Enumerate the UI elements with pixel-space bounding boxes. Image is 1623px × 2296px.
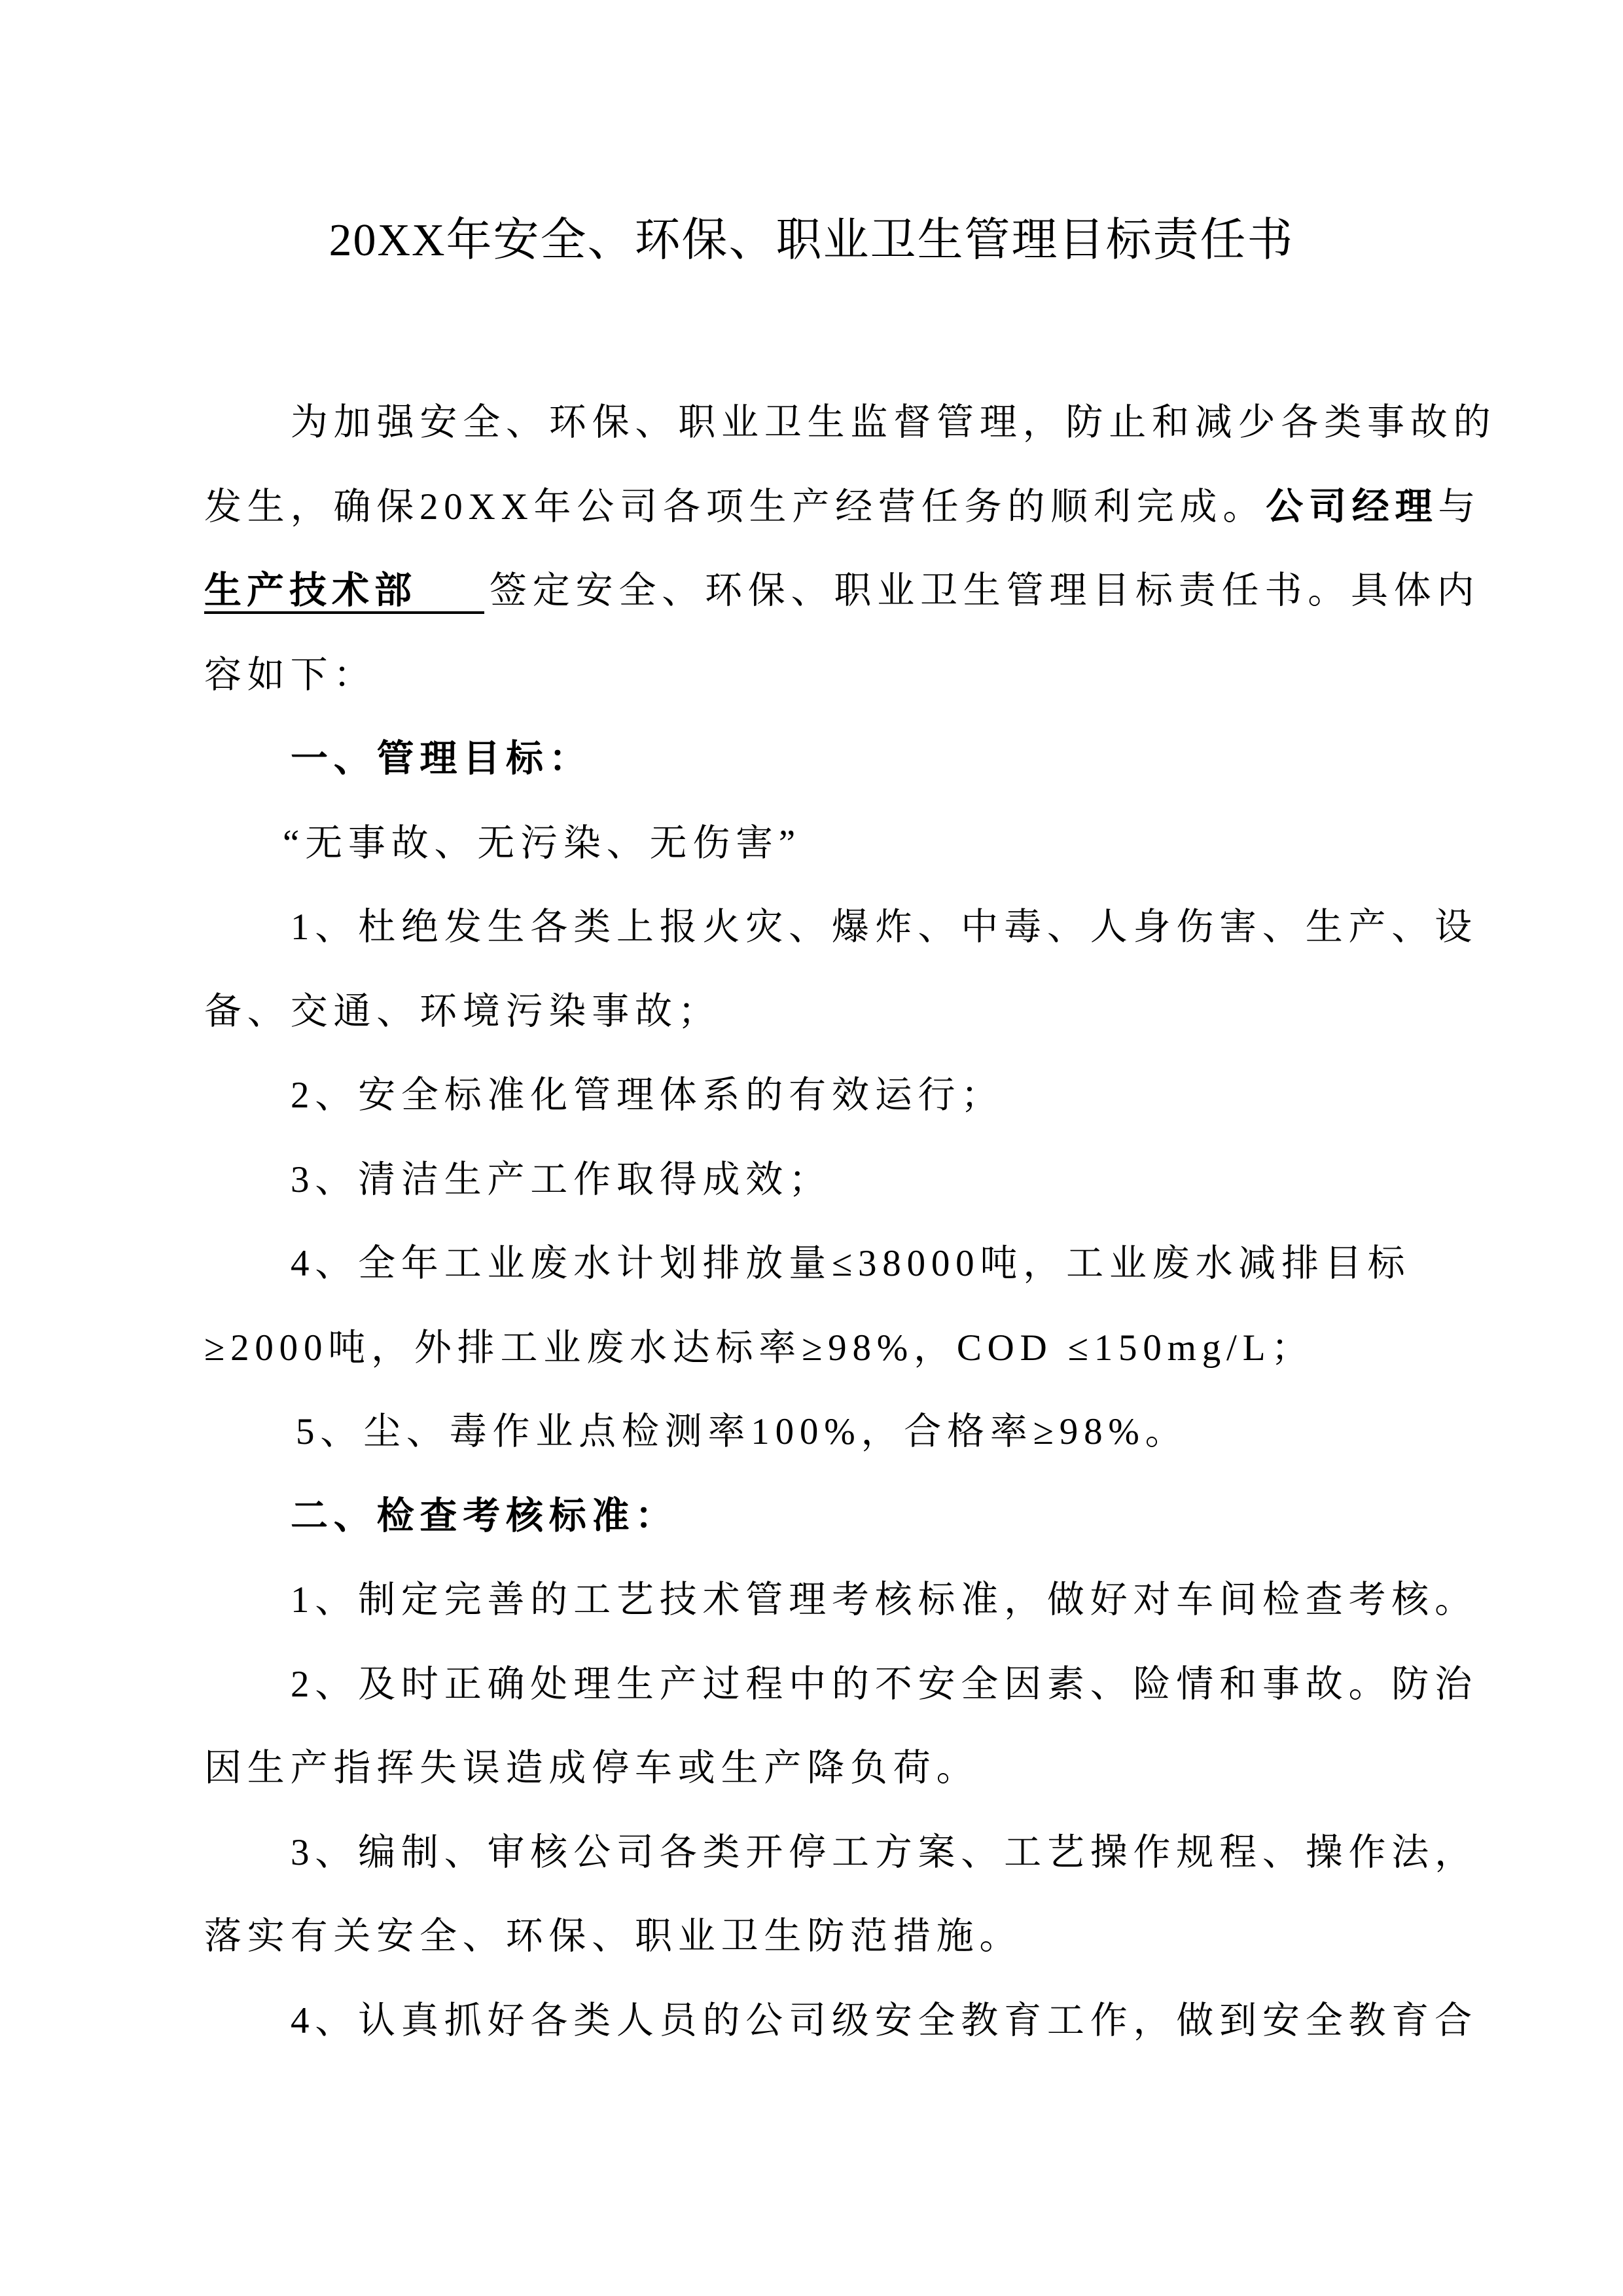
party-b-underlined: 生产技术部 [204, 571, 484, 614]
standard-item-2-line-2: 因生产指挥失误造成停车或生产降负荷。 [204, 1727, 1421, 1811]
goal-item-3: 3、清洁生产工作取得成效； [204, 1138, 1421, 1223]
standard-item-3-line-1: 3、编制、审核公司各类开停工方案、工艺操作规程、操作法， [204, 1811, 1421, 1895]
intro-line-3: 生产技术部签定安全、环保、职业卫生管理目标责任书。具体内 [204, 549, 1421, 634]
standard-item-1: 1、制定完善的工艺技术管理考核标准，做好对车间检查考核。 [204, 1558, 1421, 1643]
slogan: “无事故、无污染、无伤害” [204, 802, 1421, 886]
section-heading-1: 一、管理目标： [204, 717, 1421, 802]
goal-item-1-line-2: 备、交通、环境污染事故； [204, 970, 1421, 1054]
goal-item-4-line-1: 4、全年工业废水计划排放量≤38000吨，工业废水减排目标 [204, 1222, 1421, 1306]
standard-item-3-line-2: 落实有关安全、环保、职业卫生防范措施。 [204, 1895, 1421, 1979]
document-page: 20XX年安全、环保、职业卫生管理目标责任书 为加强安全、环保、职业卫生监督管理… [0, 0, 1623, 2296]
intro-line-1: 为加强安全、环保、职业卫生监督管理，防止和减少各类事故的 [204, 381, 1421, 465]
goal-item-1-line-1: 1、杜绝发生各类上报火灾、爆炸、中毒、人身伤害、生产、设 [204, 886, 1421, 970]
goal-item-5: 5、尘、毒作业点检测率100%，合格率≥98%。 [204, 1390, 1421, 1475]
intro-text: 发生，确保20XX年公司各项生产经营任务的顺利完成。 [204, 486, 1266, 528]
goal-item-4-line-2: ≥2000吨，外排工业废水达标率≥98%，COD ≤150mg/L； [204, 1306, 1421, 1391]
document-body: 为加强安全、环保、职业卫生监督管理，防止和减少各类事故的 发生，确保20XX年公… [204, 381, 1421, 2063]
document-title: 20XX年安全、环保、职业卫生管理目标责任书 [0, 208, 1623, 274]
intro-text: 签定安全、环保、职业卫生管理目标责任书。具体内 [484, 570, 1480, 611]
goal-item-2: 2、安全标准化管理体系的有效运行； [204, 1054, 1421, 1138]
standard-item-2-line-1: 2、及时正确处理生产过程中的不安全因素、险情和事故。防治 [204, 1643, 1421, 1727]
intro-connector: 与 [1438, 486, 1481, 528]
intro-line-2: 发生，确保20XX年公司各项生产经营任务的顺利完成。公司经理与 [204, 465, 1421, 550]
section-heading-2: 二、检查考核标准： [204, 1475, 1421, 1559]
party-a: 公司经理 [1266, 486, 1438, 528]
intro-line-4: 容如下： [204, 634, 1421, 718]
standard-item-4-line-1: 4、认真抓好各类人员的公司级安全教育工作，做到安全教育合 [204, 1979, 1421, 2064]
